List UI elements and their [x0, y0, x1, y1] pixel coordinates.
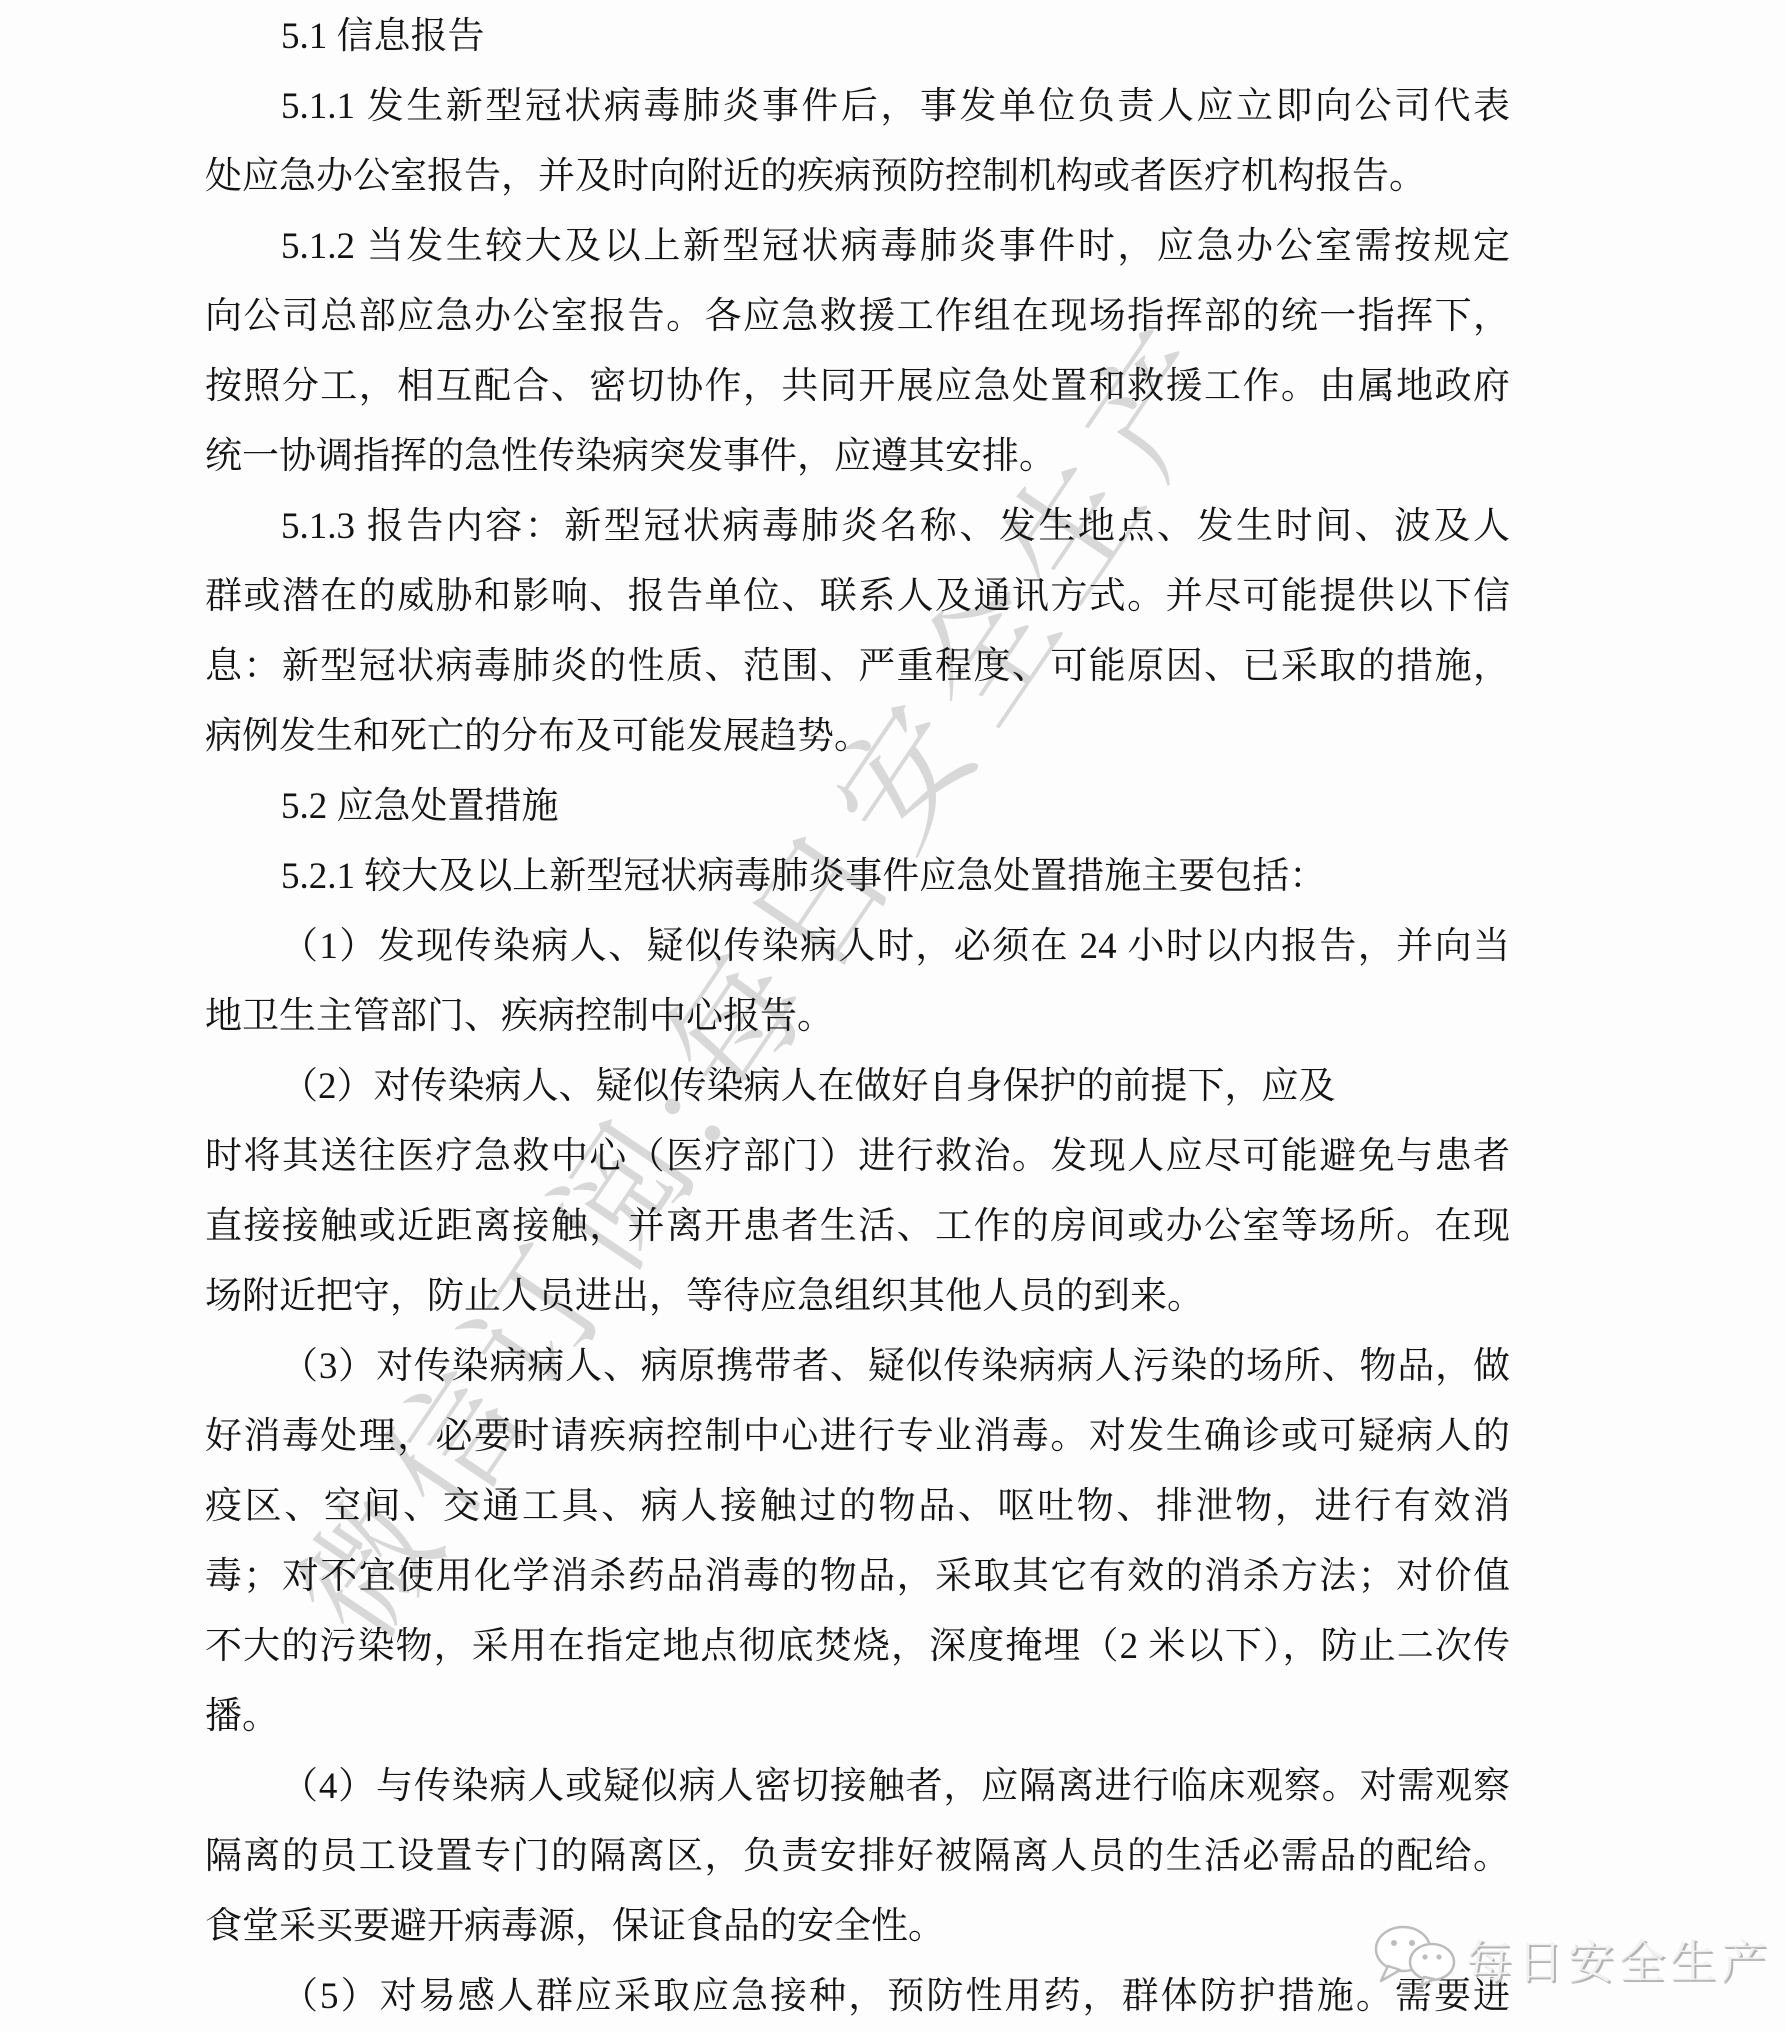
text-line: 5.1.1 发生新型冠状病毒肺炎事件后，事发单位负责人应立即向公司代表 [205, 72, 1510, 142]
brand-badge: 每日安全生产 [1372, 1924, 1772, 1993]
text-line: 向公司总部应急办公室报告。各应急救援工作组在现场指挥部的统一指挥下， [205, 282, 1510, 352]
text-line: 处应急办公室报告，并及时向附近的疾病预防控制机构或者医疗机构报告。 [205, 142, 1510, 212]
text-line: （5）对易感人群应采取应急接种，预防性用药，群体防护措施。需要进 [205, 1962, 1510, 2032]
text-line: （3）对传染病病人、病原携带者、疑似传染病病人污染的场所、物品，做 [205, 1332, 1510, 1402]
text-line: 5.2.1 较大及以上新型冠状病毒肺炎事件应急处置措施主要包括： [205, 842, 1510, 912]
text-line: 5.1.2 当发生较大及以上新型冠状病毒肺炎事件时，应急办公室需按规定 [205, 212, 1510, 282]
brand-badge-label: 每日安全生产 [1466, 1926, 1772, 1992]
text-line: 不大的污染物，采用在指定地点彻底焚烧，深度掩埋（2 米以下），防止二次传 [205, 1612, 1510, 1682]
document-page: 微信订阅:每日安全生产 5.1 信息报告5.1.1 发生新型冠状病毒肺炎事件后，… [0, 0, 1785, 2032]
text-line: 好消毒处理，必要时请疾病控制中心进行专业消毒。对发生确诊或可疑病人的 [205, 1402, 1510, 1472]
wechat-icon [1372, 1924, 1460, 1993]
text-line: 息：新型冠状病毒肺炎的性质、范围、严重程度、可能原因、已采取的措施， [205, 632, 1510, 702]
text-line: 播。 [205, 1682, 1510, 1752]
text-line: （2）对传染病人、疑似传染病人在做好自身保护的前提下，应及 [205, 1052, 1510, 1122]
text-line: 5.1.3 报告内容：新型冠状病毒肺炎名称、发生地点、发生时间、波及人 [205, 492, 1510, 562]
text-line: 地卫生主管部门、疾病控制中心报告。 [205, 982, 1510, 1052]
text-line: （4）与传染病人或疑似病人密切接触者，应隔离进行临床观察。对需观察 [205, 1752, 1510, 1822]
text-line: 疫区、空间、交通工具、病人接触过的物品、呕吐物、排泄物，进行有效消 [205, 1472, 1510, 1542]
text-line: 按照分工，相互配合、密切协作，共同开展应急处置和救援工作。由属地政府 [205, 352, 1510, 422]
text-line: 场附近把守，防止人员进出，等待应急组织其他人员的到来。 [205, 1262, 1510, 1332]
text-line: 时将其送往医疗急救中心（医疗部门）进行救治。发现人应尽可能避免与患者 [205, 1122, 1510, 1192]
text-line: 病例发生和死亡的分布及可能发展趋势。 [205, 702, 1510, 772]
text-line: 群或潜在的威胁和影响、报告单位、联系人及通讯方式。并尽可能提供以下信 [205, 562, 1510, 632]
text-line: 直接接触或近距离接触，并离开患者生活、工作的房间或办公室等场所。在现 [205, 1192, 1510, 1262]
text-line: 5.2 应急处置措施 [205, 772, 1510, 842]
text-line: 隔离的员工设置专门的隔离区，负责安排好被隔离人员的生活必需品的配给。 [205, 1822, 1510, 1892]
text-line: 5.1 信息报告 [205, 2, 1510, 72]
text-line: （1）发现传染病人、疑似传染病人时，必须在 24 小时以内报告，并向当 [205, 912, 1510, 982]
document-content: 5.1 信息报告5.1.1 发生新型冠状病毒肺炎事件后，事发单位负责人应立即向公… [205, 2, 1510, 2032]
text-line: 毒；对不宜使用化学消杀药品消毒的物品，采取其它有效的消杀方法；对价值 [205, 1542, 1510, 1612]
text-line: 食堂采买要避开病毒源，保证食品的安全性。 [205, 1892, 1510, 1962]
text-line: 统一协调指挥的急性传染病突发事件，应遵其安排。 [205, 422, 1510, 492]
